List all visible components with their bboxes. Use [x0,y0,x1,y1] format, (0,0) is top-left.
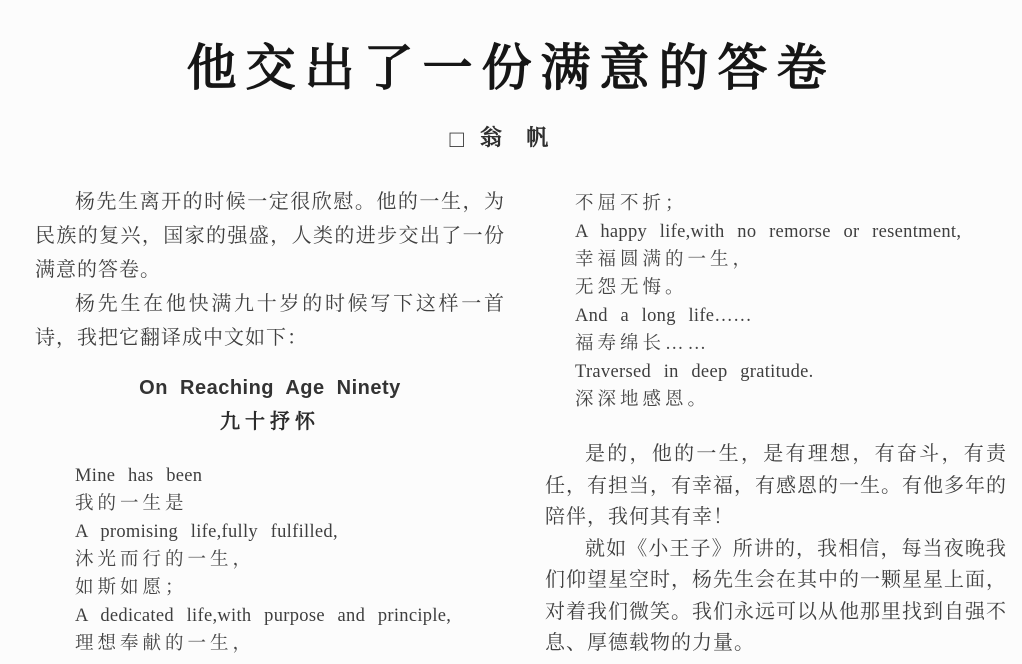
body-paragraph: 是的，他的一生，是有理想，有奋斗，有责任，有担当，有幸福，有感恩的一生。有他多年… [545,439,1007,534]
poem-line: 幸福圆满的一生， [575,246,1007,274]
poem-title-chinese: 九十抒怀 [35,405,505,434]
poem-line: 深深地感恩。 [575,386,1007,414]
left-paragraphs: 杨先生离开的时候一定很欣慰。他的一生，为民族的复兴，国家的强盛，人类的进步交出了… [35,185,505,355]
poem-left: Mine has been 我的一生是 A promising life,ful… [35,462,505,658]
poem-line: 如斯如愿； [75,574,505,602]
author-square-icon: □ [450,127,465,154]
poem-line: And a long life…… [575,302,1007,330]
author-name: 翁帆 [480,125,572,150]
body-paragraph: 杨先生离开的时候一定很欣慰。他的一生，为民族的复兴，国家的强盛，人类的进步交出了… [35,185,505,287]
byline: □翁帆 [0,121,1022,154]
article-page: 他交出了一份满意的答卷 □翁帆 杨先生离开的时候一定很欣慰。他的一生，为民族的复… [0,0,1022,664]
poem-line: A dedicated life,with purpose and princi… [75,602,505,630]
left-column: 杨先生离开的时候一定很欣慰。他的一生，为民族的复兴，国家的强盛，人类的进步交出了… [35,185,505,658]
poem-line: 理想奉献的一生， [75,630,505,658]
poem-line: 不屈不折； [575,190,1007,218]
poem-line: 无怨无悔。 [575,274,1007,302]
right-paragraphs: 是的，他的一生，是有理想，有奋斗，有责任，有担当，有幸福，有感恩的一生。有他多年… [545,439,1007,660]
poem-heading: On Reaching Age Ninety 九十抒怀 [35,377,505,434]
poem-title-english: On Reaching Age Ninety [35,377,505,400]
body-paragraph: 就如《小王子》所讲的，我相信，每当夜晚我们仰望星空时，杨先生会在其中的一颗星星上… [545,534,1007,660]
right-column: 不屈不折； A happy life,with no remorse or re… [545,190,1007,660]
body-paragraph: 杨先生在他快满九十岁的时候写下这样一首诗，我把它翻译成中文如下： [35,287,505,355]
poem-line: 沐光而行的一生， [75,546,505,574]
poem-line: Mine has been [75,462,505,490]
poem-line: 福寿绵长…… [575,330,1007,358]
page-title: 他交出了一份满意的答卷 [0,28,1022,100]
poem-line: 我的一生是 [75,490,505,518]
poem-line: Traversed in deep gratitude. [575,358,1007,386]
poem-right: 不屈不折； A happy life,with no remorse or re… [545,190,1007,414]
poem-line: A happy life,with no remorse or resentme… [575,218,1007,246]
poem-line: A promising life,fully fulfilled, [75,518,505,546]
